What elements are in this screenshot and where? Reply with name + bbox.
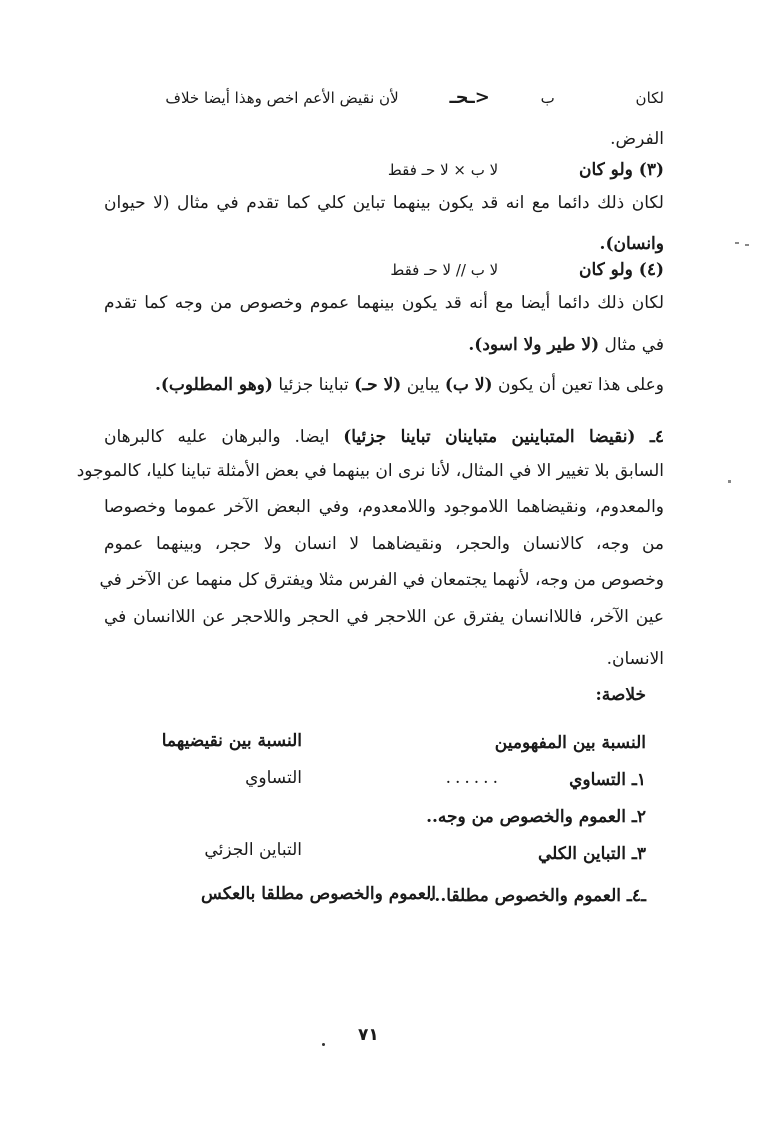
summary-row-2-left: ٢ـ العموم والخصوص من وجه..: [426, 805, 646, 829]
para-4-line-3: والمعدوم، ونقيضاهما اللاموجود واللامعدوم…: [104, 495, 664, 519]
text-line-6: (٤) ولو كان لا ب // لا حـ فقط: [390, 258, 664, 282]
para-4-line-7: الانسان.: [607, 647, 664, 671]
text-line-3: (٣) ولو كان لا ب × لا حـ فقط: [388, 158, 664, 182]
text-alfard: الفرض.: [610, 129, 664, 149]
para-4-text-6: عين الآخر، فاللاانسان يفترق عن اللاحجر ف…: [104, 607, 664, 627]
text-case-3-explanation: لكان ذلك دائما مع انه قد يكون بينهما تبا…: [104, 193, 664, 213]
word-lakana: لكان: [636, 89, 664, 107]
scan-speck: [322, 1043, 325, 1046]
margin-mark: [735, 242, 739, 244]
case-4-expression: لا ب // لا حـ فقط: [390, 261, 498, 279]
summary-title: خلاصة:: [596, 683, 646, 707]
text-case-4-explanation: لكان ذلك دائما أيضا مع أنه قد يكون بينهم…: [104, 293, 664, 313]
text-line-4: لكان ذلك دائما مع انه قد يكون بينهما تبا…: [104, 191, 664, 215]
text-line-8: في مثال (لا طير ولا اسود).: [468, 333, 664, 357]
summary-row-1-left: ١ـ التساوي: [569, 768, 646, 792]
para-4-text-3: والمعدوم، ونقيضاهما اللاموجود واللامعدوم…: [104, 497, 664, 517]
para-4-line-4: من وجه، كالانسان والحجر، ونقيضاهما لا ان…: [104, 532, 664, 556]
symbol-b: ب: [541, 89, 555, 107]
symbol-greater-h: <ـحـ: [449, 87, 489, 108]
summary-col2-header: النسبة بين نقيضيهما: [162, 729, 302, 753]
summary-row-3-right: التباين الجزئي: [204, 838, 302, 862]
text-example-bird: (لا طير ولا اسود).: [468, 335, 599, 355]
text-yubayin: يباين: [407, 375, 440, 395]
text-wa-insan: وانسان).: [600, 234, 664, 254]
summary-row-1-dots: ......: [446, 766, 502, 790]
text-qed: (وهو المطلوب).: [155, 375, 273, 395]
text-partial-contrast: تباينا جزئيا: [278, 375, 348, 395]
para-4-text-4: من وجه، كالانسان والحجر، ونقيضاهما لا ان…: [104, 534, 664, 554]
margin-mark: [728, 480, 731, 483]
para-4-line-6: عين الآخر، فاللاانسان يفترق عن اللاحجر ف…: [104, 605, 664, 629]
summary-col1-header: النسبة بين المفهومين: [495, 731, 646, 755]
text-la-b: (لا ب): [445, 375, 493, 395]
para-4-text-5: وخصوص من وجه، لأنهما يجتمعان في الفرس مث…: [100, 570, 665, 590]
summary-row-1-right: التساوي: [245, 766, 302, 790]
para-4-line-2: السابق بلا تغيير الا في المثال، لأنا نرى…: [104, 459, 664, 483]
summary-row-4-right: العموم والخصوص مطلقا بالعكس: [201, 882, 436, 906]
para-4-line-1-rest: ايضا. والبرهان عليه كالبرهان: [104, 427, 329, 447]
case-4-label: (٤) ولو كان: [579, 260, 664, 280]
text-line-1: لكان ب <ـحـ لأن نقيض الأعم اخص وهذا أيضا…: [165, 86, 664, 110]
para-4-text-2: السابق بلا تغيير الا في المثال، لأنا نرى…: [77, 461, 664, 481]
text-line-5: وانسان).: [600, 232, 664, 256]
summary-row-3-left: ٣ـ التباين الكلي: [538, 842, 646, 866]
text-line-9: وعلى هذا تعين أن يكون (لا ب) يباين (لا ح…: [155, 373, 664, 397]
margin-mark: [745, 244, 749, 246]
para-4-line-5: وخصوص من وجه، لأنهما يجتمعان في الفرس مث…: [104, 568, 664, 592]
text-line-2: الفرض.: [610, 127, 664, 151]
text-reason: لأن نقيض الأعم اخص وهذا أيضا خلاف: [165, 89, 398, 107]
para-4-heading: ٤ـ (نقيضا المتباينين متباينان تباينا جزئ…: [343, 427, 664, 447]
page-number: ٧١: [358, 1025, 379, 1045]
text-la-h: (لا حـ): [354, 375, 401, 395]
para-4-text-7: الانسان.: [607, 649, 664, 669]
case-3-label: (٣) ولو كان: [579, 160, 664, 180]
case-3-expression: لا ب × لا حـ فقط: [388, 161, 498, 179]
summary-row-4-left: ـ٤ـ العموم والخصوص مطلقا...: [429, 884, 646, 908]
text-conclusion-start: وعلى هذا تعين أن يكون: [498, 375, 664, 395]
para-4-line-1: ٤ـ (نقيضا المتباينين متباينان تباينا جزئ…: [104, 425, 664, 449]
text-line-7: لكان ذلك دائما أيضا مع أنه قد يكون بينهم…: [104, 291, 664, 315]
text-fi-mithal: في مثال: [605, 335, 664, 355]
